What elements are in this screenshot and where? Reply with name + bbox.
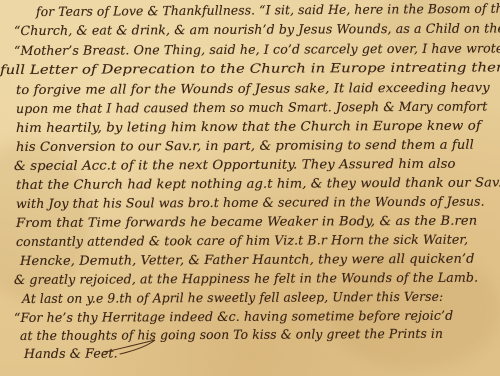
pen-flourish <box>0 0 500 376</box>
flourish-stroke <box>105 340 155 354</box>
manuscript-page: for Tears of Love & Thankfullness. “I si… <box>0 0 500 376</box>
